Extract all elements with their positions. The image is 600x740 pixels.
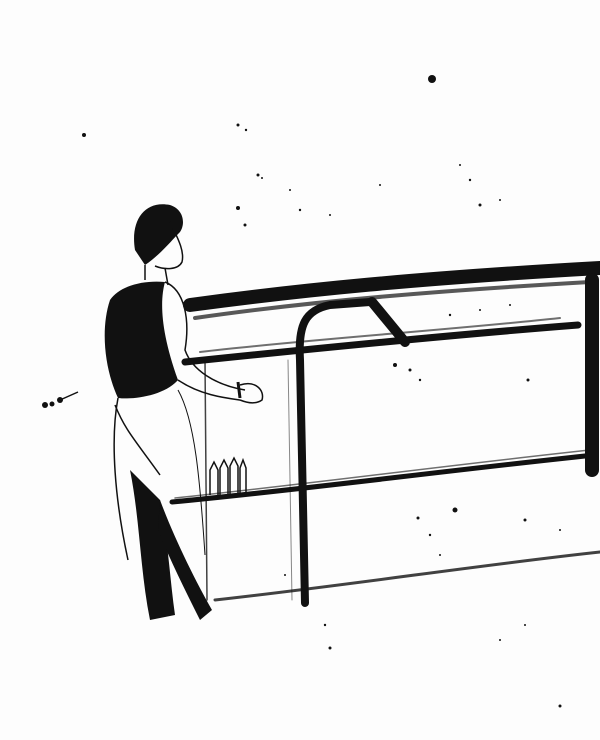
shelf-items xyxy=(210,458,246,495)
ink-drawing xyxy=(0,0,600,740)
counter xyxy=(172,268,600,603)
figure-man xyxy=(105,204,263,620)
artwork-canvas: Black ink drawing of a young man in a da… xyxy=(0,0,600,740)
